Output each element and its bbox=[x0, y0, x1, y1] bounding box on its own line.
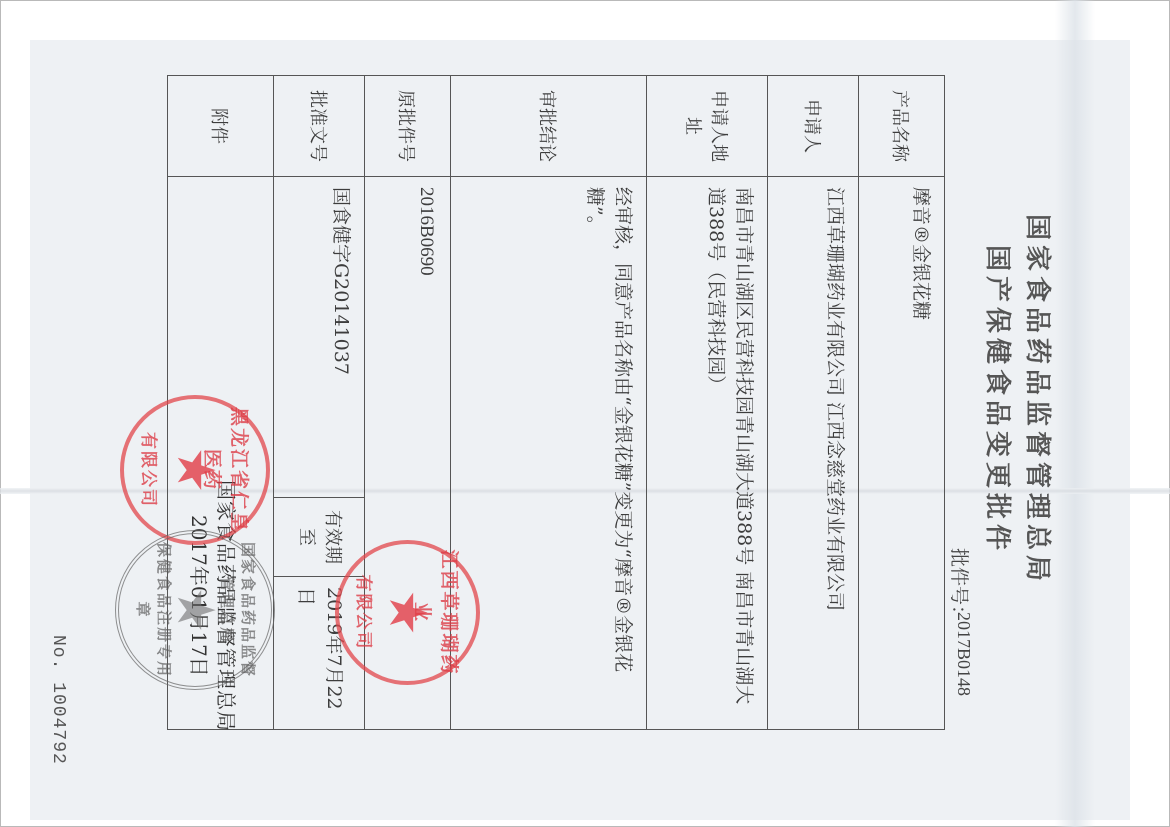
table-row-address: 申请人地址 南昌市青山湖区民营科技园青山湖大道388号 南昌市青山湖大道388号… bbox=[647, 76, 768, 730]
star-icon: ★ bbox=[169, 587, 221, 634]
stamp-bottom-text: 有限公司 bbox=[353, 544, 378, 681]
label-valid-until: 有效期至 bbox=[274, 498, 365, 577]
serial-number: No. 1004792 bbox=[48, 635, 68, 765]
value-applicant: 江西草珊瑚药业有限公司 江西念慈堂药业有限公司 bbox=[768, 177, 859, 730]
label-conclusion: 审批结论 bbox=[451, 76, 647, 177]
cfda-official-stamp: 国家食品药品监督管理总局 ★ 保健食品注册专用章 bbox=[115, 530, 275, 690]
approval-document: 国家食品药品监督管理总局 国产保健食品变更批件 批件号： 2017B0148 产… bbox=[0, 0, 1170, 827]
label-address: 申请人地址 bbox=[647, 76, 768, 177]
value-address: 南昌市青山湖区民营科技园青山湖大道388号 南昌市青山湖大道388号（民营科技园… bbox=[647, 177, 768, 730]
value-conclusion: 经审核，同意产品名称由“金银花糖”变更为“摩音®金银花糖”。 bbox=[451, 177, 647, 730]
document-title-agency: 国家食品药品监督管理总局 bbox=[1021, 0, 1058, 800]
star-icon: ★ bbox=[169, 447, 221, 494]
document-title: 国产保健食品变更批件 bbox=[981, 0, 1018, 800]
label-applicant: 申请人 bbox=[768, 76, 859, 177]
stamp-bottom-text: 保健食品注册专用章 bbox=[133, 534, 175, 686]
stamp-bottom-text: 有限公司 bbox=[138, 399, 163, 541]
value-product-name: 摩音®金银花糖 bbox=[859, 177, 945, 730]
label-product-name: 产品名称 bbox=[859, 76, 945, 177]
approval-form-table: 产品名称 摩音®金银花糖 申请人 江西草珊瑚药业有限公司 江西念慈堂药业有限公司… bbox=[167, 75, 945, 730]
value-approval-number: 国食健字G20141037 bbox=[274, 177, 365, 498]
star-icon: ★ bbox=[382, 589, 434, 636]
jiangxi-company-stamp: 江西草珊瑚药业 ★ 有限公司 bbox=[335, 540, 480, 685]
heilongjiang-company-stamp: 黑龙江省仁皇医药 ★ 有限公司 bbox=[120, 395, 270, 545]
label-approval-number: 批准文号 bbox=[274, 76, 365, 177]
doc-number-value: 2017B0148 bbox=[953, 612, 974, 696]
table-row-applicant: 申请人 江西草珊瑚药业有限公司 江西念慈堂药业有限公司 bbox=[768, 76, 859, 730]
label-original-doc-number: 原批件号 bbox=[365, 76, 451, 177]
table-row-conclusion: 审批结论 经审核，同意产品名称由“金银花糖”变更为“摩音®金银花糖”。 bbox=[451, 76, 647, 730]
table-row-product-name: 产品名称 摩音®金银花糖 bbox=[859, 76, 945, 730]
label-attachment: 附件 bbox=[168, 76, 274, 177]
